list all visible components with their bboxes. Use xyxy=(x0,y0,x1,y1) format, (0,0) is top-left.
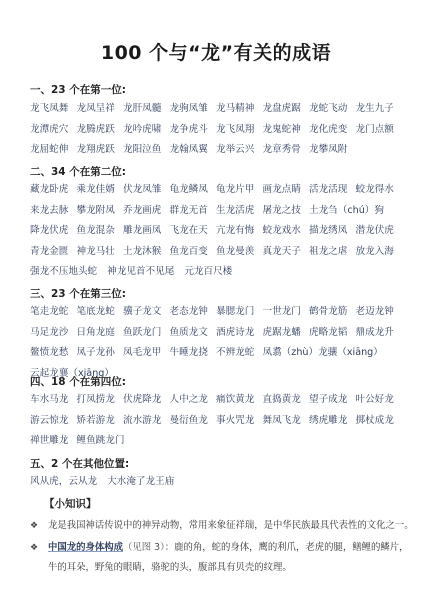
idiom-item: 望子成龙 xyxy=(309,390,355,411)
idiom-item: 飞龙在天 xyxy=(170,221,216,242)
idiom-item: 伏虎降龙 xyxy=(123,390,169,411)
idiom-item: 不辨龙蛇 xyxy=(216,343,262,364)
idiom-item: 群龙无首 xyxy=(170,201,216,222)
idiom-item: 暴腮龙门 xyxy=(216,302,262,323)
idiom-item: 龙门点额 xyxy=(356,120,402,141)
idiom-item: 大水淹了龙王庙 xyxy=(107,472,174,493)
idiom-item: 降龙伏虎 xyxy=(30,221,76,242)
idiom-item: 马足龙沙 xyxy=(30,323,76,344)
idiom-item: 蛟龙得水 xyxy=(356,180,402,201)
idiom-item: 土龙刍（chú）狗 xyxy=(309,201,384,222)
idiom-item: 鱼质龙文 xyxy=(170,323,216,344)
idiom-item: 龙屈蛇伸 xyxy=(30,140,76,161)
idiom-item: 鳌愤龙愁 xyxy=(30,343,76,364)
idiom-item: 龙吟虎啸 xyxy=(123,120,169,141)
idiom-item: 龟龙鳞凤 xyxy=(170,180,216,201)
idiom-item: 虎略龙韬 xyxy=(309,323,355,344)
tip-text: 龙是我国神话传说中的神异动物，常用来象征祥瑞，是中华民族最具代表性的文化之一。 xyxy=(48,520,414,531)
idiom-item: 龙举云兴 xyxy=(216,140,262,161)
idiom-item: 龙蛇飞动 xyxy=(309,99,355,120)
idiom-item: 亢龙有悔 xyxy=(216,221,262,242)
tip-item-2: ❖中国龙的身体构成（见图 3）：鹿的角，蛇的身体，鹰的利爪，老虎的腿，鳝鲤的鳞片… xyxy=(30,538,420,578)
idiom-item: 龙化虎变 xyxy=(309,120,355,141)
page-title: 100 个与“龙”有关的成语 xyxy=(0,38,432,65)
idiom-item: 凤翥（zhù）龙骧（xiāng） xyxy=(263,343,383,364)
idiom-item: 人中之龙 xyxy=(170,390,216,411)
idiom-item: 鱼龙混杂 xyxy=(77,221,123,242)
idiom-item: 雕龙画凤 xyxy=(123,221,169,242)
idiom-item: 乘龙佳婿 xyxy=(77,180,123,201)
idiom-item: 笔走龙蛇 xyxy=(30,302,76,323)
idiom-item: 鲤鱼跳龙门 xyxy=(77,431,125,452)
idiom-item: 绣虎雕龙 xyxy=(309,411,355,432)
idiom-item: 曼衍鱼龙 xyxy=(170,411,216,432)
tips-title: 【小知识】 xyxy=(44,496,97,511)
idiom-item: 禅世雕龙 xyxy=(30,431,76,452)
idiom-item: 车水马龙 xyxy=(30,390,76,411)
section-heading-4: 四、18 个在第四位: xyxy=(30,374,126,389)
idiom-item: 虎踞龙蟠 xyxy=(263,323,309,344)
idiom-item: 龙马精神 xyxy=(216,99,262,120)
idiom-item: 牛睡龙挠 xyxy=(170,343,216,364)
idiom-item: 龙鬼蛇神 xyxy=(263,120,309,141)
idiom-item: 来龙去脉 xyxy=(30,201,76,222)
idiom-item: 龙争虎斗 xyxy=(170,120,216,141)
tip-item-1: ❖龙是我国神话传说中的神异动物，常用来象征祥瑞，是中华民族最具代表性的文化之一。 xyxy=(30,516,420,536)
diamond-bullet-icon: ❖ xyxy=(30,538,48,558)
idiom-item: 日角龙庭 xyxy=(77,323,123,344)
idiom-item: 龙潭虎穴 xyxy=(30,120,76,141)
idiom-item: 龙飞凤翔 xyxy=(216,120,262,141)
idiom-item: 龙肝凤髓 xyxy=(123,99,169,120)
idiom-item: 舞凤飞龙 xyxy=(263,411,309,432)
tip-keyword: 中国龙的身体构成 xyxy=(48,542,123,553)
idiom-list-1: 龙飞凤舞龙凤呈祥龙肝凤髓龙驹凤雏龙马精神龙盘虎踞龙蛇飞动龙生九子龙潭虎穴龙腾虎跃… xyxy=(30,99,420,161)
idiom-item: 龟龙片甲 xyxy=(216,180,262,201)
idiom-item: 龙攀凤附 xyxy=(309,140,355,161)
section-heading-2: 二、34 个在第二位: xyxy=(30,164,126,179)
idiom-item: 描龙绣凤 xyxy=(309,221,355,242)
section-heading-1: 一、23 个在第一位: xyxy=(30,82,126,97)
idiom-item: 龙凤呈祥 xyxy=(77,99,123,120)
idiom-item: 酒虎诗龙 xyxy=(216,323,262,344)
idiom-list-2: 藏龙卧虎乘龙佳婿伏龙凤雏龟龙鳞凤龟龙片甲画龙点睛活龙活现蛟龙得水来龙去脉攀龙附凤… xyxy=(30,180,420,283)
idiom-item: 笔底龙蛇 xyxy=(77,302,123,323)
idiom-item: 直捣黄龙 xyxy=(263,390,309,411)
idiom-item: 掷杖成龙 xyxy=(356,411,402,432)
idiom-list-4: 车水马龙打凤捞龙伏虎降龙人中之龙痛饮黄龙直捣黄龙望子成龙叶公好龙游云惊龙矫若游龙… xyxy=(30,390,420,452)
idiom-item: 乔龙画虎 xyxy=(123,201,169,222)
idiom-item: 土龙沐猴 xyxy=(123,242,169,263)
idiom-item: 凤子龙孙 xyxy=(77,343,123,364)
idiom-item: 凤毛龙甲 xyxy=(123,343,169,364)
tip-text-continued: 牛的耳朵，野兔的眼睛，骆驼的头，腹部具有贝壳的纹理。 xyxy=(30,558,420,578)
idiom-item: 放龙入海 xyxy=(356,242,402,263)
idiom-item: 事火咒龙 xyxy=(216,411,262,432)
idiom-item: 痛饮黄龙 xyxy=(216,390,262,411)
idiom-item: 老态龙钟 xyxy=(170,302,216,323)
idiom-item: 打凤捞龙 xyxy=(77,390,123,411)
idiom-item: 藏龙卧虎 xyxy=(30,180,76,201)
idiom-item: 叶公好龙 xyxy=(356,390,402,411)
idiom-item: 龙飞凤舞 xyxy=(30,99,76,120)
section-heading-5: 五、2 个在其他位置: xyxy=(30,456,129,471)
idiom-item: 元龙百尺楼 xyxy=(184,262,232,283)
diamond-bullet-icon: ❖ xyxy=(30,516,48,536)
idiom-item: 鹤骨龙筋 xyxy=(309,302,355,323)
idiom-item: 神龙马壮 xyxy=(77,242,123,263)
idiom-list-3: 笔走龙蛇笔底龙蛇骥子龙文老态龙钟暴腮龙门一世龙门鹤骨龙筋老迈龙钟马足龙沙日角龙庭… xyxy=(30,302,420,384)
idiom-item: 画龙点睛 xyxy=(263,180,309,201)
idiom-item: 鼎成龙升 xyxy=(356,323,402,344)
idiom-item: 风从虎，云从龙 xyxy=(30,472,97,493)
idiom-item: 龙章秀骨 xyxy=(263,140,309,161)
idiom-item: 祖龙之虐 xyxy=(309,242,355,263)
idiom-item: 神龙见首不见尾 xyxy=(107,262,174,283)
idiom-item: 游云惊龙 xyxy=(30,411,76,432)
tip-text: ：鹿的角，蛇的身体，鹰的利爪，老虎的腿，鳝鲤的鳞片， xyxy=(165,542,409,553)
idiom-item: 伏龙凤雏 xyxy=(123,180,169,201)
idiom-item: 流水游龙 xyxy=(123,411,169,432)
idiom-item: 龙盘虎踞 xyxy=(263,99,309,120)
idiom-item: 鱼龙百变 xyxy=(170,242,216,263)
idiom-item: 矫若游龙 xyxy=(77,411,123,432)
idiom-item: 青龙金匮 xyxy=(30,242,76,263)
idiom-item: 龙翔虎跃 xyxy=(77,140,123,161)
section-heading-3: 三、23 个在第三位: xyxy=(30,286,126,301)
idiom-item: 强龙不压地头蛇 xyxy=(30,262,97,283)
idiom-item: 龙驹凤雏 xyxy=(170,99,216,120)
tip-figure-ref: （见图 3） xyxy=(123,542,165,553)
idiom-item: 老迈龙钟 xyxy=(356,302,402,323)
idiom-item: 屠龙之技 xyxy=(263,201,309,222)
idiom-item: 骥子龙文 xyxy=(123,302,169,323)
idiom-item: 龙生九子 xyxy=(356,99,402,120)
idiom-item: 生龙活虎 xyxy=(216,201,262,222)
idiom-item: 攀龙附凤 xyxy=(77,201,123,222)
idiom-item: 鱼龙曼羡 xyxy=(216,242,262,263)
idiom-item: 鱼跃龙门 xyxy=(123,323,169,344)
idiom-item: 真龙天子 xyxy=(263,242,309,263)
idiom-item: 蛟龙戏水 xyxy=(263,221,309,242)
idiom-item: 龙阳泣鱼 xyxy=(123,140,169,161)
document-page: 100 个与“龙”有关的成语 一、23 个在第一位: 龙飞凤舞龙凤呈祥龙肝凤髓龙… xyxy=(0,0,432,600)
idiom-item: 一世龙门 xyxy=(263,302,309,323)
idiom-item: 活龙活现 xyxy=(309,180,355,201)
idiom-list-5: 风从虎，云从龙大水淹了龙王庙 xyxy=(30,472,420,493)
idiom-item: 龙翰凤翼 xyxy=(170,140,216,161)
idiom-item: 潜龙伏虎 xyxy=(356,221,402,242)
idiom-item: 龙腾虎跃 xyxy=(77,120,123,141)
